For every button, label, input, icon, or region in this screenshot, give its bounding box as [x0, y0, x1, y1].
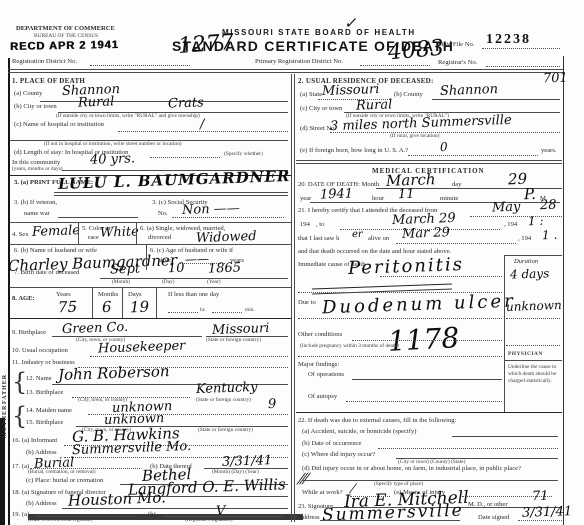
row-divider [9, 222, 291, 223]
rule [352, 340, 502, 341]
injury-place-note: (Specify type of place) [374, 482, 423, 488]
father-bp-note-state: (State or foreign country) [196, 398, 251, 404]
birthplace-note-state: (State or foreign country) [206, 338, 261, 344]
signature-mark-handwriting: 71 [532, 490, 549, 504]
age-divider [122, 288, 123, 318]
mother-side-label: MOTHER [2, 404, 8, 438]
row-divider [9, 287, 291, 288]
birthplace-label: 9. Birthplace [12, 330, 46, 337]
marital-value-handwriting: Widowed [196, 230, 257, 245]
of-autopsy-label: Of autopsy [308, 394, 337, 401]
corner-value-handwriting: 701 [543, 72, 568, 86]
director-addr-label: (b) Address [26, 501, 57, 508]
rule [330, 132, 560, 133]
board-title: MISSOURI STATE BOARD OF HEALTH [222, 28, 416, 37]
column-divider-2 [294, 74, 295, 522]
cert-lastsaw-label: that I last saw h [298, 236, 339, 243]
father-name-value-handwriting: John Roberson [58, 364, 170, 383]
accident-label: (a) Accident, suicide, or homicide (spec… [302, 429, 416, 436]
birthdate-day-note: (Day) [162, 280, 175, 286]
informant-addr-value-handwriting: Summersville Mo. [72, 440, 192, 457]
cause-value-handwriting: Peritonitis [348, 256, 465, 278]
rule [168, 312, 198, 313]
major-findings-label: Major findings: [298, 362, 339, 369]
received-date-stamp: RECD APR 2 1941 [10, 39, 119, 53]
birthplace-state-handwriting: Missouri [212, 322, 270, 337]
occupation-value-handwriting: Housekeeper [98, 339, 186, 355]
cert-lastsaw-value-handwriting: Mar 29 [402, 226, 450, 241]
age-divider [92, 288, 93, 318]
registrar-b-note: (Registrar's signature) [185, 518, 233, 524]
med-rule [296, 160, 562, 161]
med-rule-2 [296, 163, 562, 164]
rule [310, 202, 560, 203]
residence-city-label: (c) City or town [300, 106, 342, 113]
father-bp-value-handwriting: Kentucky [196, 381, 258, 396]
hospital-slash-handwriting: / [200, 118, 205, 131]
rule [58, 217, 138, 218]
rule [298, 318, 502, 319]
where-injury-label: (c) Where did injury occur? [302, 452, 375, 459]
rule [212, 312, 242, 313]
birthplace-value-handwriting: Green Co. [62, 321, 129, 336]
cause-duration-handwriting: 4 days [510, 267, 550, 280]
rule [54, 192, 288, 193]
other-conditions-label: Other conditions [298, 332, 342, 339]
duration-box-divider [504, 255, 505, 413]
rule [396, 243, 516, 244]
physician-address-handwriting: Summersville [322, 503, 464, 525]
state-file-value: 12238 [486, 32, 531, 48]
city-note: (If outside city or town limits, write "… [56, 114, 200, 120]
rule [62, 508, 288, 509]
date-signed-label: Date signed [478, 515, 509, 522]
death-certificate-scan: DEPARTMENT OF COMMERCE BUREAU OF THE CEN… [0, 0, 584, 525]
cert-alive-label: alive on [368, 236, 389, 243]
cert-194a: 194 [300, 222, 310, 229]
rule [378, 448, 558, 449]
note-box-top [504, 360, 562, 361]
dod-ampm-handwriting: P. [524, 187, 536, 202]
burial-place-label: (c) Place: burial or cremation [26, 478, 103, 485]
rule [54, 195, 288, 196]
age-days-value-handwriting: 19 [130, 300, 150, 316]
father-brace: { [12, 368, 27, 396]
reg-district-value-handwriting: 1277 [177, 32, 234, 58]
birthdate-month-note: (Month) [112, 280, 130, 286]
birthdate-year-handwriting: 1865 [208, 261, 242, 275]
community-value-handwriting: 40 yrs. [90, 152, 135, 167]
rule [506, 345, 560, 346]
check-mark-handwriting: ✓ [344, 16, 357, 31]
underline-cause-note: Underline the cause to which death shoul… [508, 364, 560, 384]
residence-county-value-handwriting: Shannon [440, 83, 498, 98]
stray-mark-handwriting: 9 [268, 398, 277, 411]
foreign-value-handwriting: 0 [440, 141, 448, 153]
primary-district-value-handwriting: 4083 [387, 38, 445, 65]
column-divider [291, 74, 292, 522]
cert-year2-handwriting: 1 . [542, 229, 558, 242]
header-rule [8, 69, 563, 70]
cert-to-label: , to [316, 222, 324, 229]
cert-year1-handwriting: 1 : [528, 215, 544, 228]
reg-district-label: Registration District No. [12, 59, 77, 66]
registrar-b-label: (b) [148, 512, 156, 519]
registrar-no-label: Registrar's No. [438, 60, 477, 67]
age-label: 8. AGE: [12, 296, 35, 303]
rule [302, 480, 558, 481]
rule [486, 66, 560, 67]
registrar-a-note: (Date received local registrar) [28, 518, 93, 524]
ssn-label2: No. [158, 211, 168, 218]
rule [52, 336, 202, 337]
dod-hour-handwriting: 11 [398, 188, 415, 202]
rule [470, 216, 562, 217]
birthdate-day-handwriting: 10 [168, 262, 185, 276]
hospital-label: (c) Name of hospital or institution [14, 122, 104, 129]
residence-city-value-handwriting: Rural [356, 98, 393, 112]
injury-place-label: (d) Did injury occur in or about home, o… [302, 466, 521, 473]
rule [150, 157, 220, 158]
father-bp-label: 13. Birthplace [26, 390, 63, 397]
age-months-value-handwriting: 6 [102, 300, 112, 315]
residence-state-label: (a) State [300, 92, 322, 99]
rule [482, 48, 560, 49]
burial-date-note: (Month) (Day) (Year) [212, 470, 259, 476]
rule [352, 379, 502, 380]
other-conditions-note: (Include pregnancy within 3 months of de… [300, 344, 399, 350]
row-divider [9, 244, 291, 245]
hospital-note: (If not in hospital or institution, writ… [44, 142, 182, 148]
cell-divider [146, 244, 147, 270]
race-value-handwriting: White [100, 225, 139, 239]
foreign-label: (e) If foreign born, how long in U. S. A… [300, 148, 408, 155]
street-note: (If rural, give location) [390, 134, 439, 140]
birthdate-month-handwriting: Sept [110, 262, 141, 276]
rule [518, 520, 562, 521]
rule [408, 155, 538, 156]
residence-state-value-handwriting: Missouri [322, 83, 380, 98]
occurrence-label: (b) Date of occurrence [302, 441, 362, 448]
rule [90, 356, 288, 357]
due-to-label: Due to [298, 300, 316, 307]
age-less-label: If less than one day [168, 292, 219, 299]
age-divider [156, 288, 157, 318]
rule [360, 65, 430, 66]
registrar-a-label: 19. (a) [12, 512, 29, 519]
informant-label: 16. (a) Informant [12, 438, 57, 445]
due-duration-handwriting: unknown [506, 299, 562, 313]
father-name-label: 12. Name [26, 376, 52, 383]
veteran-label: 3. (b) If veteran, [14, 200, 57, 207]
section-divider [296, 412, 562, 413]
rule [298, 356, 502, 357]
scan-left-border [8, 58, 10, 525]
section-divider [9, 318, 291, 319]
cell-divider [136, 222, 137, 244]
director-addr-value-handwriting: Houston Mo. [68, 490, 166, 508]
cell-divider [78, 222, 79, 244]
rule [432, 99, 560, 100]
dod-year-handwriting: 1941 [320, 187, 354, 201]
ssn-value-handwriting: Non —— [182, 202, 240, 217]
marital-label2: divorced [148, 235, 171, 242]
age-hr-label: hr. [200, 308, 206, 314]
dept-line1: DEPARTMENT OF COMMERCE [16, 26, 115, 33]
rule [90, 65, 190, 66]
rule [506, 318, 560, 319]
burial-label: 17. (a) [12, 464, 29, 471]
mother-bp-note-state: (State or foreign country) [198, 428, 253, 434]
while-at-work-label: While at work? [302, 490, 343, 497]
right-border [563, 56, 564, 525]
community-note: (years, months or days) [12, 167, 63, 173]
city-label: (b) City or town [14, 104, 57, 111]
age-years-value-handwriting: 75 [58, 300, 78, 316]
race-label2: race [88, 235, 99, 242]
father-side-label: FATHER [2, 368, 8, 404]
mother-name-label: 14. Maiden name [26, 408, 72, 415]
sex-value-handwriting: Female [32, 224, 80, 239]
sex-label: 4. Sex [12, 232, 28, 239]
rule [452, 436, 558, 437]
physician-address-label: Address [298, 515, 320, 522]
duration-box-top [504, 255, 562, 256]
physician-side-label: PHYSICIAN [508, 352, 543, 358]
rule [172, 217, 284, 218]
fullname-value-handwriting: LULU L. BAUMGARDNER [58, 169, 291, 192]
city-township-handwriting: Crats [168, 96, 204, 110]
birthdate-label: 7. Birth date of deceased [14, 270, 79, 277]
stay-note: (Specify whether) [224, 152, 263, 158]
city-value-handwriting: Rural [78, 95, 115, 109]
rule [346, 401, 502, 402]
foreign-suffix: years. [541, 148, 557, 155]
birthdate-year-note: (Year) [207, 280, 221, 286]
occupation-label: 10. Usual occupation [12, 348, 68, 355]
county-label: (a) County [14, 91, 42, 98]
external-causes-label: 22. If death was due to external causes,… [298, 418, 456, 425]
date-signed-handwriting: 3/31/41 [522, 505, 573, 520]
burial-note: (Burial, cremation, or removal) [28, 470, 96, 476]
cert-194b: , 194 [504, 222, 517, 229]
mother-bp-label: 15. Birthplace [26, 420, 63, 427]
residence-county-label: (b) County [394, 92, 423, 99]
rule [320, 520, 460, 521]
duration-label: Duration [514, 259, 538, 266]
age-min-label: min. [245, 308, 255, 314]
cert-er-handwriting: er [352, 230, 363, 240]
burial-date-value-handwriting: 3/31/41 [222, 454, 273, 469]
veteran-label2: name war [24, 211, 50, 218]
of-operations-label: Of operations [308, 372, 344, 379]
rule [380, 276, 502, 277]
primary-district-label: Primary Registration District No. [255, 59, 343, 66]
cert-from-day-handwriting: 28 [540, 199, 557, 213]
mother-brace: { [12, 402, 27, 430]
cert-from-month-handwriting: May [492, 201, 521, 215]
due-value-handwriting: Duodenum ulcer [322, 293, 516, 318]
cert-194c: , 194 [518, 236, 531, 243]
header-rule-2 [8, 72, 563, 73]
